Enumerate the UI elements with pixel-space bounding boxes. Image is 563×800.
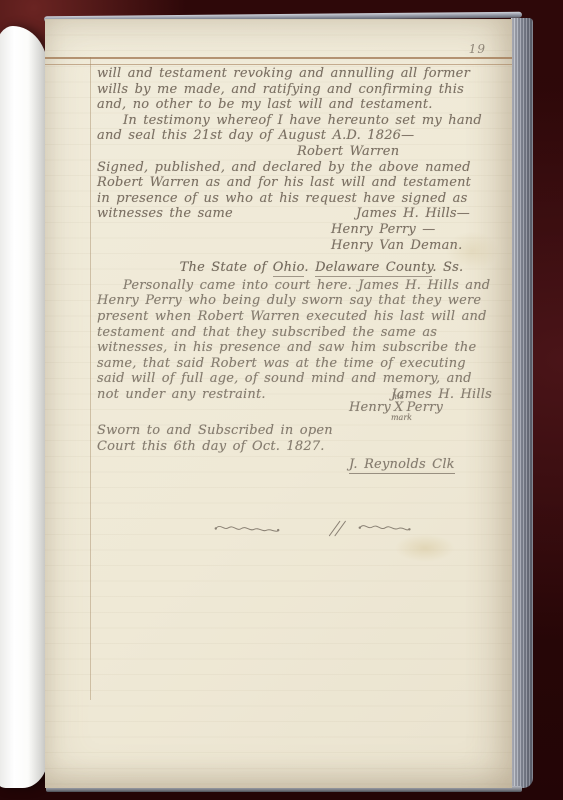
mark-signature-first-name: Henry	[349, 400, 391, 415]
his-mark-x: hisXmark	[391, 400, 406, 415]
venue-heading-suffix: . Ss.	[432, 260, 463, 275]
probate-clause-line: present when Robert Warren executed his …	[97, 309, 500, 325]
book-page-edges-right	[511, 18, 533, 788]
witness-signature: Henry Perry —	[331, 222, 500, 238]
jurat-clause-line: Court this 6th day of Oct. 1827.	[97, 439, 500, 455]
attestation-clause-line: Signed, published, and declared by the a…	[97, 160, 500, 176]
attestation-clause-line: Robert Warren as and for his last will a…	[97, 175, 500, 191]
testimony-clause-line: and seal this 21st day of August A.D. 18…	[97, 128, 500, 144]
mark-label-mark: mark	[391, 414, 412, 422]
ledger-page: 19 will and testament revoking and annul…	[45, 19, 512, 788]
clerk-signature: J. Reynolds Clk	[349, 457, 455, 475]
probate-clause-line: witnesses, in his presence and saw him s…	[97, 340, 500, 356]
venue-heading-county: Delaware County	[315, 260, 432, 277]
page-head-rule	[45, 57, 512, 65]
probate-clause-line: Henry Perry who being duly sworn say tha…	[97, 293, 500, 309]
photographed-record-book: 19 will and testament revoking and annul…	[0, 0, 563, 800]
will-clause-line: will and testament revoking and annullin…	[97, 66, 500, 82]
venue-heading: The State of Ohio. Delaware County. Ss.	[97, 260, 500, 276]
attestation-clause-text: witnesses the same	[97, 206, 233, 222]
venue-heading-prefix: The State of	[180, 260, 273, 275]
probate-clause-line: testament and that they subscribed the s…	[97, 325, 500, 341]
mark-label-his: his	[392, 393, 404, 401]
probate-clause-line: said will of full age, of sound mind and…	[97, 371, 500, 387]
attestation-clause-line: in presence of us who at his request hav…	[97, 191, 500, 207]
witness-mark-signature: HenryhisXmarkPerry	[349, 400, 500, 415]
venue-heading-separator: .	[304, 260, 315, 275]
probate-clause-line: Personally came into court here. James H…	[97, 278, 500, 294]
jurat-clause-line: Sworn to and Subscribed in open	[97, 423, 500, 439]
will-clause-line: and, no other to be my last will and tes…	[97, 97, 500, 113]
facing-page-curl	[0, 26, 48, 788]
testimony-clause-line: In testimony whereof I have hereunto set…	[97, 113, 500, 129]
manuscript-text: will and testament revoking and annullin…	[97, 66, 500, 474]
page-number: 19	[469, 42, 486, 56]
page-margin-rule	[90, 57, 91, 700]
will-clause-line: wills by me made, and ratifying and conf…	[97, 82, 500, 98]
venue-heading-state: Ohio	[273, 260, 305, 277]
testator-signature: Robert Warren	[297, 144, 500, 160]
probate-clause-line: same, that said Robert was at the time o…	[97, 356, 500, 372]
witness-signature: Henry Van Deman.	[331, 238, 500, 254]
probate-clause-text: not under any restraint.	[97, 387, 266, 403]
end-of-entry-flourish	[211, 518, 427, 543]
attestation-clause-line: witnesses the same James H. Hills—	[97, 206, 500, 222]
jurat-clause: Sworn to and Subscribed in open Court th…	[97, 423, 500, 474]
witness-signature: James H. Hills—	[356, 206, 470, 222]
